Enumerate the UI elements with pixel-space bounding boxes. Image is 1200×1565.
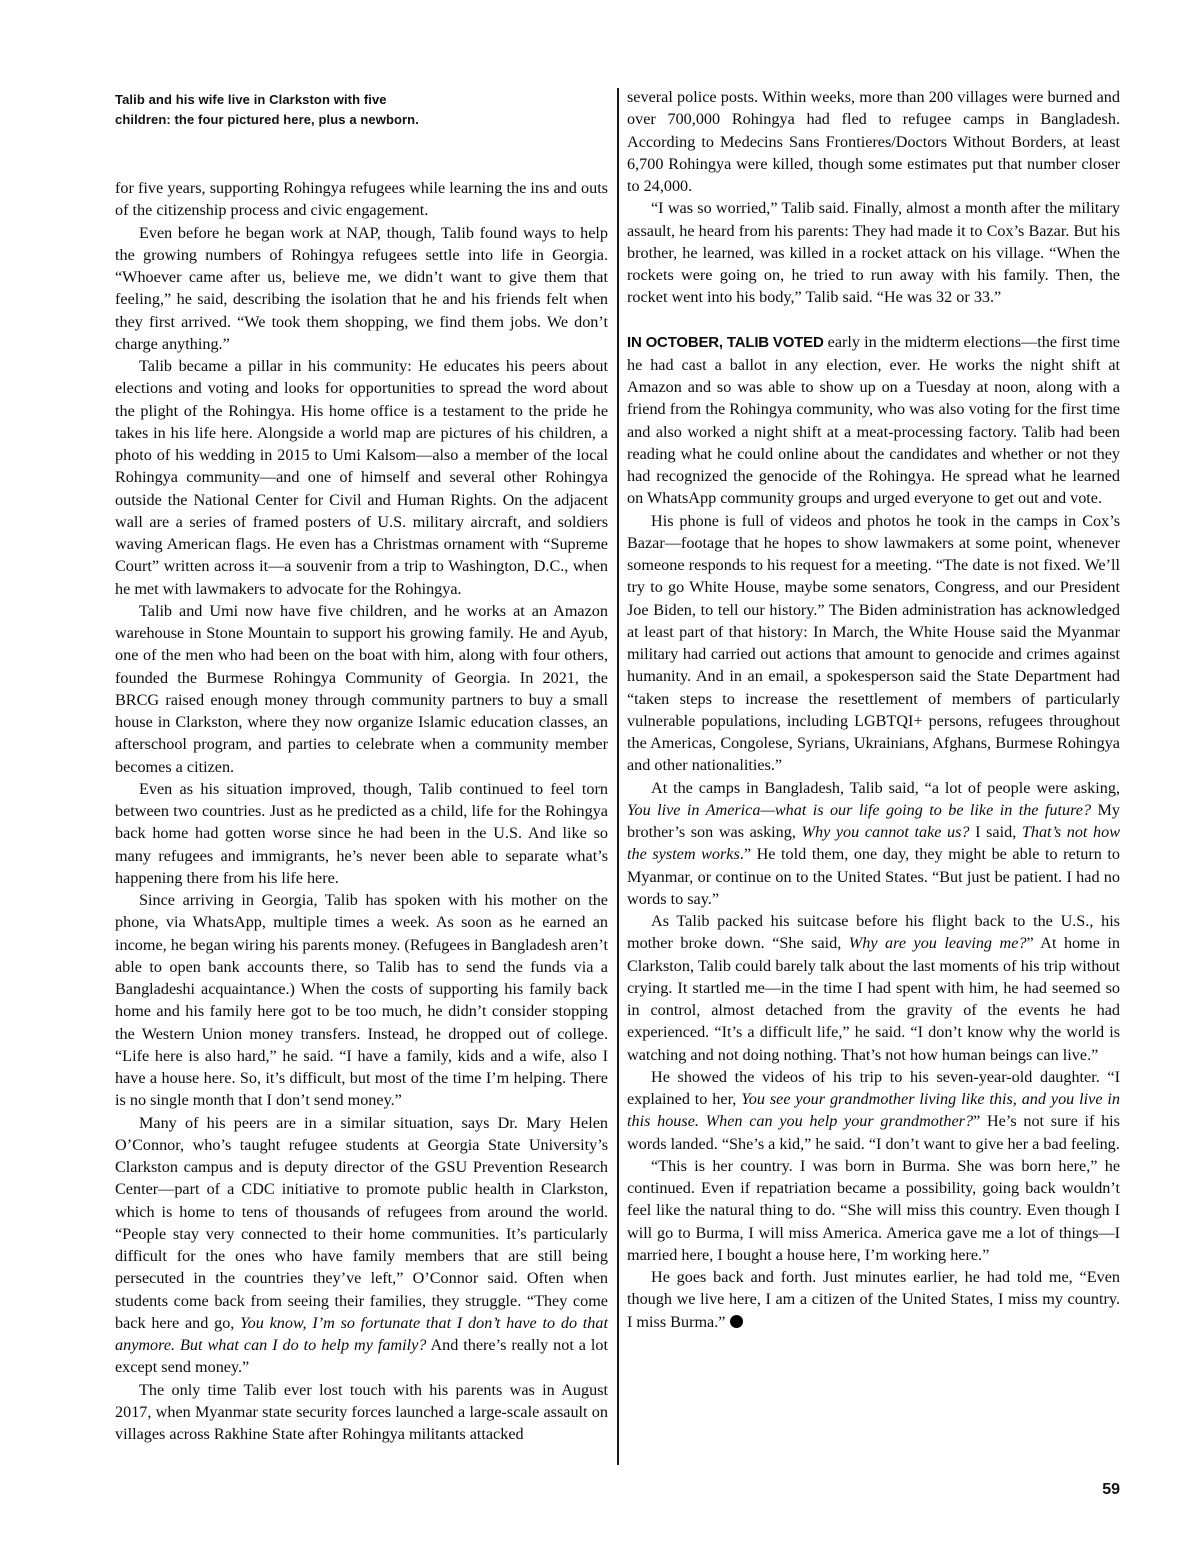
text-run: Many of his peers are in a similar situa… [115, 1114, 608, 1332]
text-run: ” At home in Clarkston, Talib could bare… [627, 934, 1120, 1063]
text-run: At the camps in Bangladesh, Talib said, … [651, 779, 1120, 797]
article-paragraph: Talib became a pillar in his community: … [115, 355, 608, 600]
text-run: You live in America—what is our life goi… [627, 801, 1091, 819]
article-paragraph: Since arriving in Georgia, Talib has spo… [115, 889, 608, 1112]
text-run: Since arriving in Georgia, Talib has spo… [115, 891, 608, 1109]
end-of-article-icon: ▲ [730, 1315, 743, 1328]
text-run: Why you cannot take us? [802, 823, 970, 841]
article-paragraph: He showed the videos of his trip to his … [627, 1066, 1120, 1155]
text-run: Why are you leaving me? [849, 934, 1027, 952]
article-paragraph: The only time Talib ever lost touch with… [115, 1379, 608, 1446]
article-paragraph: for five years, supporting Rohingya refu… [115, 177, 608, 222]
left-column: for five years, supporting Rohingya refu… [115, 177, 608, 1445]
article-paragraph: Many of his peers are in a similar situa… [115, 1112, 608, 1379]
text-run: for five years, supporting Rohingya refu… [115, 179, 608, 219]
photo-caption: Talib and his wife live in Clarkston wit… [115, 90, 455, 129]
page-number: 59 [1102, 1481, 1120, 1499]
text-run: “I was so worried,” Talib said. Finally,… [627, 199, 1120, 306]
article-paragraph: IN OCTOBER, TALIB VOTED early in the mid… [627, 331, 1120, 510]
text-run: early in the midterm elections—the first… [627, 333, 1120, 508]
text-run: several police posts. Within weeks, more… [627, 88, 1120, 195]
article-paragraph: At the camps in Bangladesh, Talib said, … [627, 777, 1120, 911]
right-column: several police posts. Within weeks, more… [627, 86, 1120, 1333]
article-paragraph: “I was so worried,” Talib said. Finally,… [627, 197, 1120, 308]
article-paragraph: His phone is full of videos and photos h… [627, 510, 1120, 777]
end-mark-glyph: ▲ [722, 1317, 753, 1326]
text-run: He goes back and forth. Just minutes ear… [627, 1268, 1120, 1331]
article-paragraph: Talib and Umi now have five children, an… [115, 600, 608, 778]
text-run: Talib and Umi now have five children, an… [115, 602, 608, 776]
column-divider-rule [617, 88, 619, 1465]
article-paragraph: As Talib packed his suitcase before his … [627, 910, 1120, 1066]
article-paragraph: He goes back and forth. Just minutes ear… [627, 1266, 1120, 1333]
article-paragraph: several police posts. Within weeks, more… [627, 86, 1120, 197]
section-lead-in: IN OCTOBER, TALIB VOTED [627, 334, 824, 351]
text-run: Even as his situation improved, though, … [115, 780, 608, 887]
magazine-page: Talib and his wife live in Clarkston wit… [0, 0, 1200, 1565]
article-paragraph: “This is her country. I was born in Burm… [627, 1155, 1120, 1266]
text-run: I said, [970, 823, 1022, 841]
article-paragraph: Even as his situation improved, though, … [115, 778, 608, 889]
article-paragraph: Even before he began work at NAP, though… [115, 222, 608, 356]
text-run: Talib became a pillar in his community: … [115, 357, 608, 598]
text-run: Even before he began work at NAP, though… [115, 224, 608, 353]
text-run: His phone is full of videos and photos h… [627, 512, 1120, 775]
text-run: The only time Talib ever lost touch with… [115, 1381, 608, 1444]
text-run: “This is her country. I was born in Burm… [627, 1157, 1120, 1264]
